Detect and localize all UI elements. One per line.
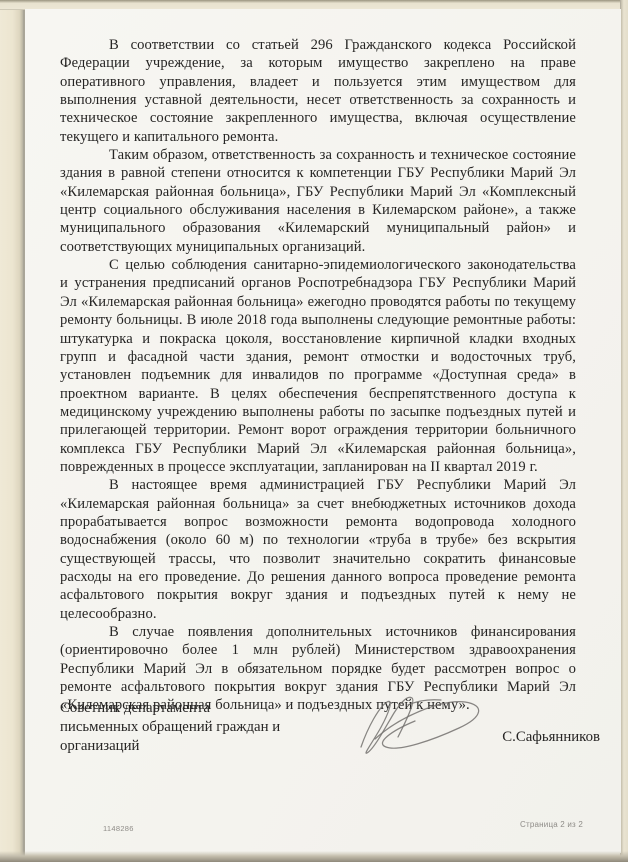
letter-paper: В соответствии со статьей 296 Гражданско… (25, 9, 621, 853)
paragraph-legal-basis: В соответствии со статьей 296 Гражданско… (60, 36, 576, 146)
signature-block: Советник департамента письменных обращен… (25, 695, 621, 775)
scan-edge-bottom (0, 851, 628, 862)
scan-edge-right (620, 0, 628, 862)
scanned-letter-page: В соответствии со статьей 296 Гражданско… (0, 0, 628, 862)
signatory-position: Советник департамента письменных обращен… (60, 699, 350, 755)
scan-edge-left (0, 0, 25, 862)
signatory-position-line: организаций (60, 737, 350, 756)
document-number: 1148286 (103, 824, 134, 833)
signatory-position-line: Советник департамента (60, 699, 350, 718)
handwritten-signature-icon (345, 691, 495, 767)
letter-body: В соответствии со статьей 296 Гражданско… (60, 36, 576, 715)
page-footer: 1148286 Страница 2 из 2 (25, 815, 621, 835)
signatory-position-line: письменных обращений граждан и (60, 718, 350, 737)
page-indicator: Страница 2 из 2 (520, 820, 583, 829)
paragraph-responsibility: Таким образом, ответственность за сохран… (60, 146, 576, 256)
signatory-name: С.Сафьянников (502, 729, 600, 746)
paragraph-water-supply: В настоящее время администрацией ГБУ Рес… (60, 476, 576, 623)
paragraph-repair-works-2018: С целью соблюдения санитарно-эпидемиолог… (60, 256, 576, 476)
